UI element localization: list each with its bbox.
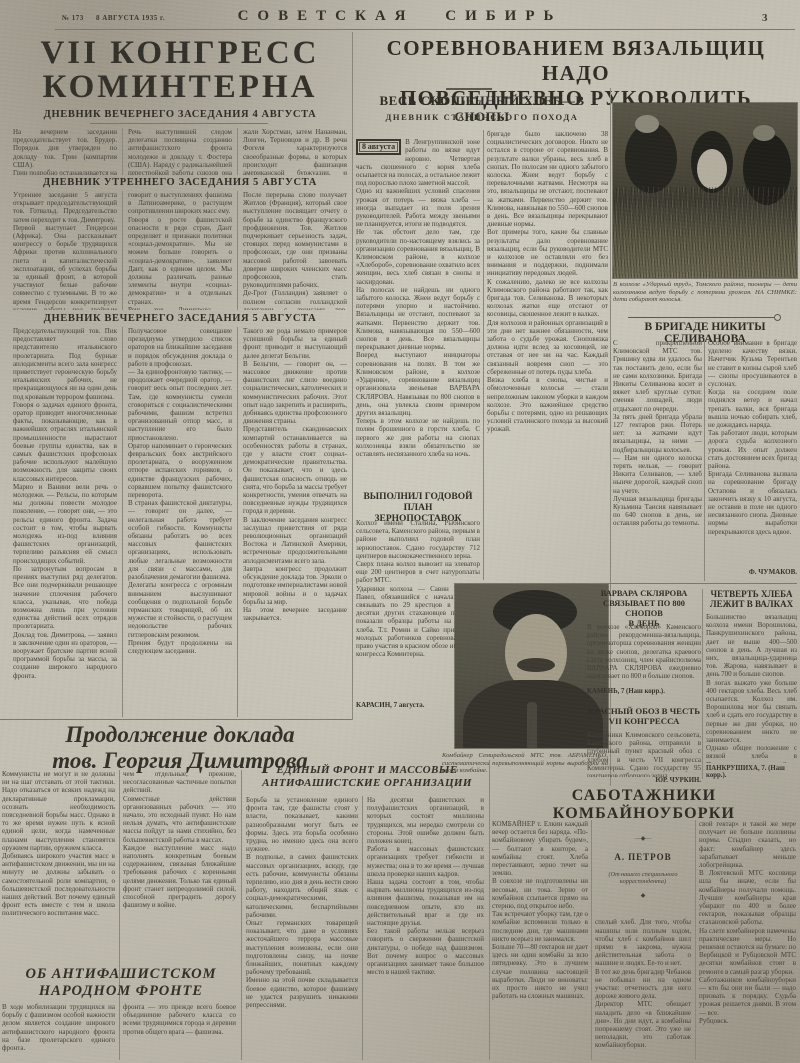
saboteurs-column-1: КОМБАЙНЕР т. Елкин каждый вечер остается… [492,820,588,1060]
date-badge: 8 августа [356,139,401,155]
saboteurs-divider-2 [695,820,696,1060]
article-column: Председательствующий тов. Пик предоставл… [8,327,122,717]
congress-headline: VII КОНГРЕСС КОМИНТЕРНА [8,36,352,104]
red-convoy-signoff: ЮР. ЧУРКИН. [587,777,701,784]
saboteurs-column-2: —◆— А. ПЕТРОВ (От нашего специального ко… [595,820,691,1060]
united-front-heading-line2: АНТИФАШИСТСКИЕ ОРГАНИЗАЦИИ [246,777,488,790]
article-column: Утреннее заседание 5 августа открывает п… [8,191,122,310]
quarter-headline-line2: ЛЕЖИТ В ВАЛКАХ [706,599,797,609]
quarter-signoff: ПАНКРУШИХА, 7. (Наш корр.). [706,765,797,779]
red-convoy-headline-line2: VII КОНГРЕССА [587,716,701,726]
popular-front-heading-line1: ОБ АНТИФАШИСТСКОМ [6,966,236,983]
byline-ornament-bottom: ◆ [595,893,691,900]
grass-texture [613,187,797,278]
dimitrov-divider-2 [241,770,242,1060]
red-convoy-body: Колхозники Климовского сельсовета, Камен… [587,731,701,777]
quarter-headline-line1: ЧЕТВЕРТЬ ХЛЕБА [706,589,797,599]
saboteurs-column-2-text: спелый хлеб. Для того, чтобы машины шли … [595,918,691,1049]
byline-ornament-top: —◆— [595,836,691,843]
right-lower-rule [587,583,797,584]
dimitrov-column-2-bottom: фронта — это прежде всего боевое объедин… [123,1003,236,1061]
sheaves-column-1: 8 августаВ Ленгруппинской зоне работы по… [356,130,480,488]
section-divider-vertical [352,32,353,720]
page-number: 3 [762,12,768,24]
quarter-body: Большинство вязальщиц колхоза имени Воро… [706,613,797,763]
dimitrov-top-rule [0,719,352,720]
brigade-column-divider [704,339,705,581]
dimitrov-column-2-top: чем отдельные, прежние, несогласованные … [123,770,236,962]
headline-ornament [446,88,492,90]
united-front-heading: ЕДИНЫЙ ФРОНТ И МАССОВЫЕ АНТИФАШИСТСКИЕ О… [246,764,488,790]
field-photo-caption: В колхозе «Ударный труд», Томского район… [613,281,797,315]
figure-head-shape [635,115,659,133]
knitters-headline-line1: СОРЕВНОВАНИЕМ ВЯЗАЛЬЩИЦ НАДО [356,36,796,86]
brigade-column-1: С прикрепленной Климовской МТС тов. Гриш… [613,339,702,581]
article-column: Такого же рода немало примеров успешной … [237,327,352,717]
article-column: Получасовое совещание президиума утверди… [122,327,237,717]
byline-author: А. ПЕТРОВ [595,852,691,863]
sklyarova-signoff: КАМЕНЬ, 7 (Наш корр.). [587,688,701,695]
session-heading-evening-4: ДНЕВНИК ВЕЧЕРНЕГО ЗАСЕДАНИЯ 4 АВГУСТА [8,109,352,120]
congress-headline-line2: КОМИНТЕРНА [8,70,352,104]
byline-block: —◆— А. ПЕТРОВ (От нашего специального ко… [595,828,691,908]
session-evening-5-columns: Председательствующий тов. Пик предоставл… [8,327,352,717]
congress-headline-line1: VII КОНГРЕСС [8,36,352,70]
dimitrov-column-1-bottom: В ходе мобилизации трудящихся на борьбу … [2,1003,115,1061]
figure-shape [625,123,677,193]
field-photo [613,103,797,278]
article-column: После перерыва слово получает Житлов (Фр… [237,191,352,310]
dimitrov-column-1-top: Коммунисты не могут и не должны ни на ша… [2,770,115,962]
bottom-half-divider [489,760,490,1060]
quarter-headline: ЧЕТВЕРТЬ ХЛЕБА ЛЕЖИТ В ВАЛКАХ [706,589,797,609]
figure-head-shape [753,125,775,141]
session-morning-5-columns: Утреннее заседание 5 августа открывает п… [8,191,352,310]
dimitrov-column-4: На десятки фашистских и полуфашистских о… [367,796,484,1060]
saboteurs-column-3: свой гектар» и такой же мере получает не… [699,820,796,1060]
button-row-shape [527,702,537,748]
dimitrov-divider-3 [362,796,363,1060]
red-convoy-headline-line1: КРАСНЫЙ ОБОЗ В ЧЕСТЬ [587,706,701,716]
quarter-column-divider [702,589,703,779]
sklyarova-headline-line1: ВАРВАРА СКЛЯРОВА [587,589,701,599]
session-heading-morning-5: ДНЕВНИК УТРЕННЕГО ЗАСЕДАНИЯ 5 АВГУСТА [8,177,352,188]
article-column: говорит о выступлениях фашизма в Латиноа… [122,191,237,310]
brigade-signoff: Ф. ЧУМАКОВ. [708,568,797,576]
sklyarova-headline-line2: СВЯЗЫВАЕТ ПО 800 СНОПОВ [587,599,701,619]
newspaper-title: СОВЕТСКАЯ СИБИРЬ [0,8,800,25]
saboteurs-headline: САБОТАЖНИКИ КОМБАЙНОУБОРКИ [492,787,796,823]
red-convoy-headline: КРАСНЫЙ ОБОЗ В ЧЕСТЬ VII КОНГРЕССА [587,706,701,726]
newspaper-page: № 173 8 АВГУСТА 1935 г. СОВЕТСКАЯ СИБИРЬ… [0,0,800,1063]
brigade-column-2: Особое внимание в бригаде уделено качест… [708,339,797,567]
united-front-heading-line1: ЕДИНЫЙ ФРОНТ И МАССОВЫЕ [246,764,488,777]
dimitrov-headline-line1: Продолжение доклада [20,722,340,748]
popular-front-heading: ОБ АНТИФАШИСТСКОМ НАРОДНОМ ФРОНТЕ [6,966,236,1000]
article-column: жали Хорстман, затем Нананман, Лонген, Т… [237,128,352,175]
mustache-shape [517,658,555,672]
popular-front-heading-line2: НАРОДНОМ ФРОНТЕ [6,983,236,1000]
saboteurs-divider-1 [591,820,592,1060]
session-evening-4-columns: На вечернем заседании председательствует… [8,128,352,175]
byline-note: (От нашего специального корреспондента) [595,871,691,885]
dimitrov-divider-1 [119,770,120,1060]
sheaves-kicker: ДНЕВНИК СТАЛИНСКОГО ПОХОДА [356,112,608,122]
masthead-rule [55,29,795,30]
article-column: Речь выступившей следом делегатки посвящ… [122,128,237,175]
sheaves-column-2: бригаде было заключено 38 социалистическ… [487,130,608,580]
article-column: На вечернем заседании председательствует… [8,128,122,175]
session-heading-evening-5: ДНЕВНИК ВЕЧЕРНЕГО ЗАСЕДАНИЯ 5 АВГУСТА [8,313,352,324]
session-heading-rule [90,123,268,124]
sack-shape [697,149,727,189]
portrait-photo [455,584,608,748]
caption-ornament [628,317,774,318]
dimitrov-column-3: Борьба за установление единого фронта та… [246,796,358,1060]
sklyarova-body: В колхозе «Хлебороб» Каменского района р… [587,623,701,685]
grain-plan-headline-line1: ВЫПОЛНИЛ ГОДОВОЙ ПЛАН [356,492,480,514]
sheaves-column-1-text: В Ленгруппинской зоне работы по вязке ид… [356,138,480,458]
sheaves-column-divider [483,130,484,580]
